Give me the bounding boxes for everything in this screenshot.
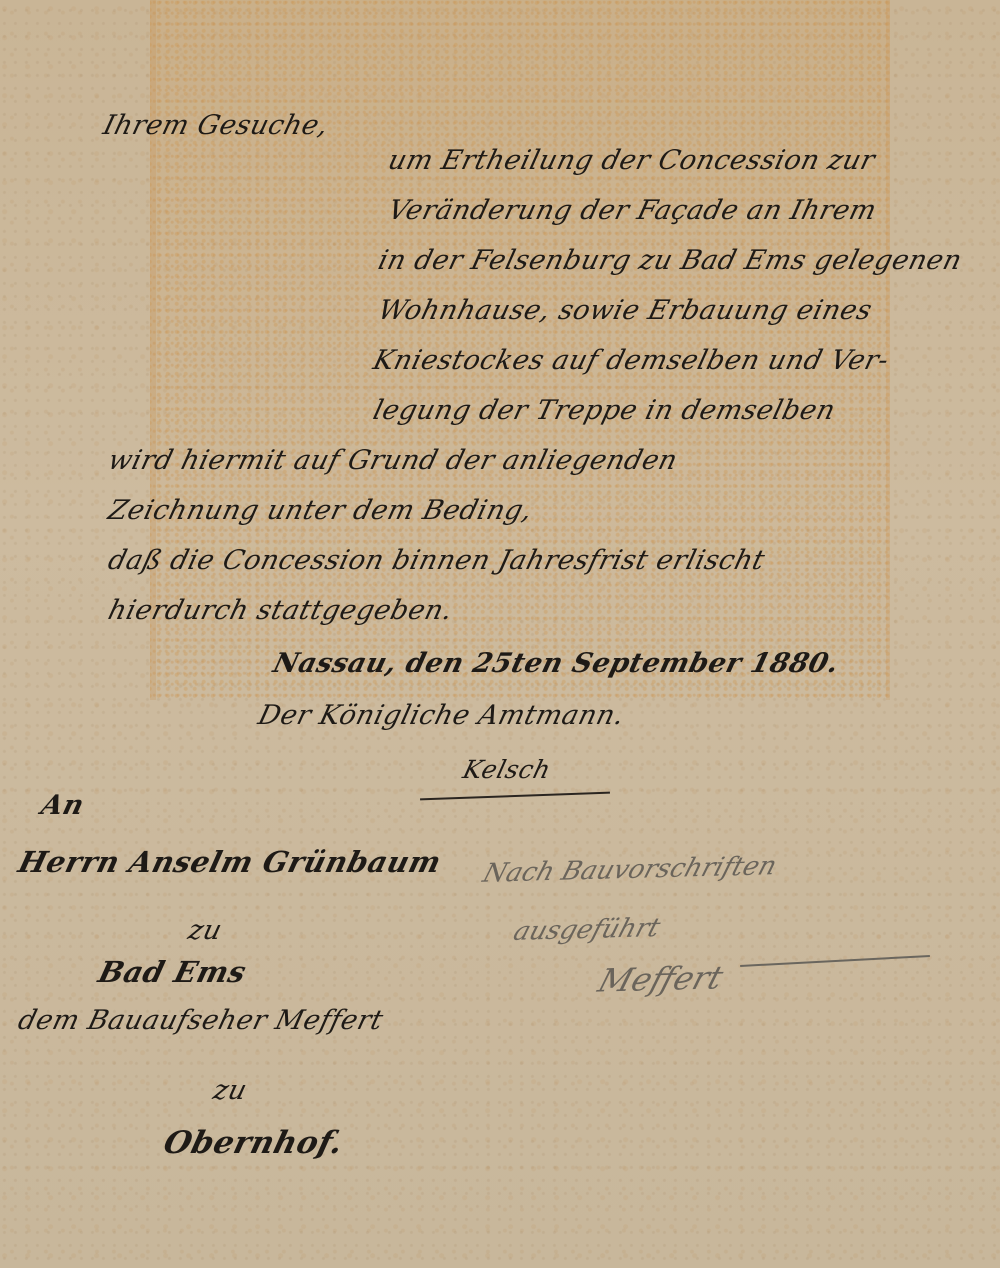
issuer-signature: Kelsch: [460, 755, 554, 784]
body-line: daß die Concession binnen Jahresfrist er…: [105, 545, 768, 576]
body-line: wird hiermit auf Grund der anliegenden: [105, 445, 681, 476]
body-line: in der Felsenburg zu Bad Ems gelegenen: [375, 245, 965, 276]
recipient-name: Herrn Anselm Grünbaum: [15, 845, 445, 879]
body-line: hierdurch stattgegeben.: [105, 595, 456, 626]
issuer-title: Der Königliche Amtmann.: [255, 700, 628, 731]
body-line: Wohnhause, sowie Erbauung eines: [375, 295, 875, 326]
body-line: Zeichnung unter dem Beding,: [105, 495, 536, 526]
place-date: Nassau, den 25ten September 1880.: [270, 648, 842, 679]
copy-recipient: dem Bauaufseher Meffert: [15, 1005, 387, 1036]
pencil-signature: Meffert: [594, 958, 728, 999]
body-line: legung der Treppe in demselben: [370, 395, 839, 426]
recipient-place: Bad Ems: [95, 955, 250, 989]
body-line: um Ertheilung der Concession zur: [385, 145, 878, 176]
body-line: Kniestockes auf demselben und Ver-: [370, 345, 892, 376]
pencil-note-line2: ausgeführt: [510, 913, 664, 947]
address-prefix: An: [38, 790, 87, 821]
salutation-line: Ihrem Gesuche,: [100, 110, 332, 141]
body-line: Veränderung der Façade an Ihrem: [385, 195, 880, 226]
copy-place: Obernhof.: [160, 1125, 347, 1161]
